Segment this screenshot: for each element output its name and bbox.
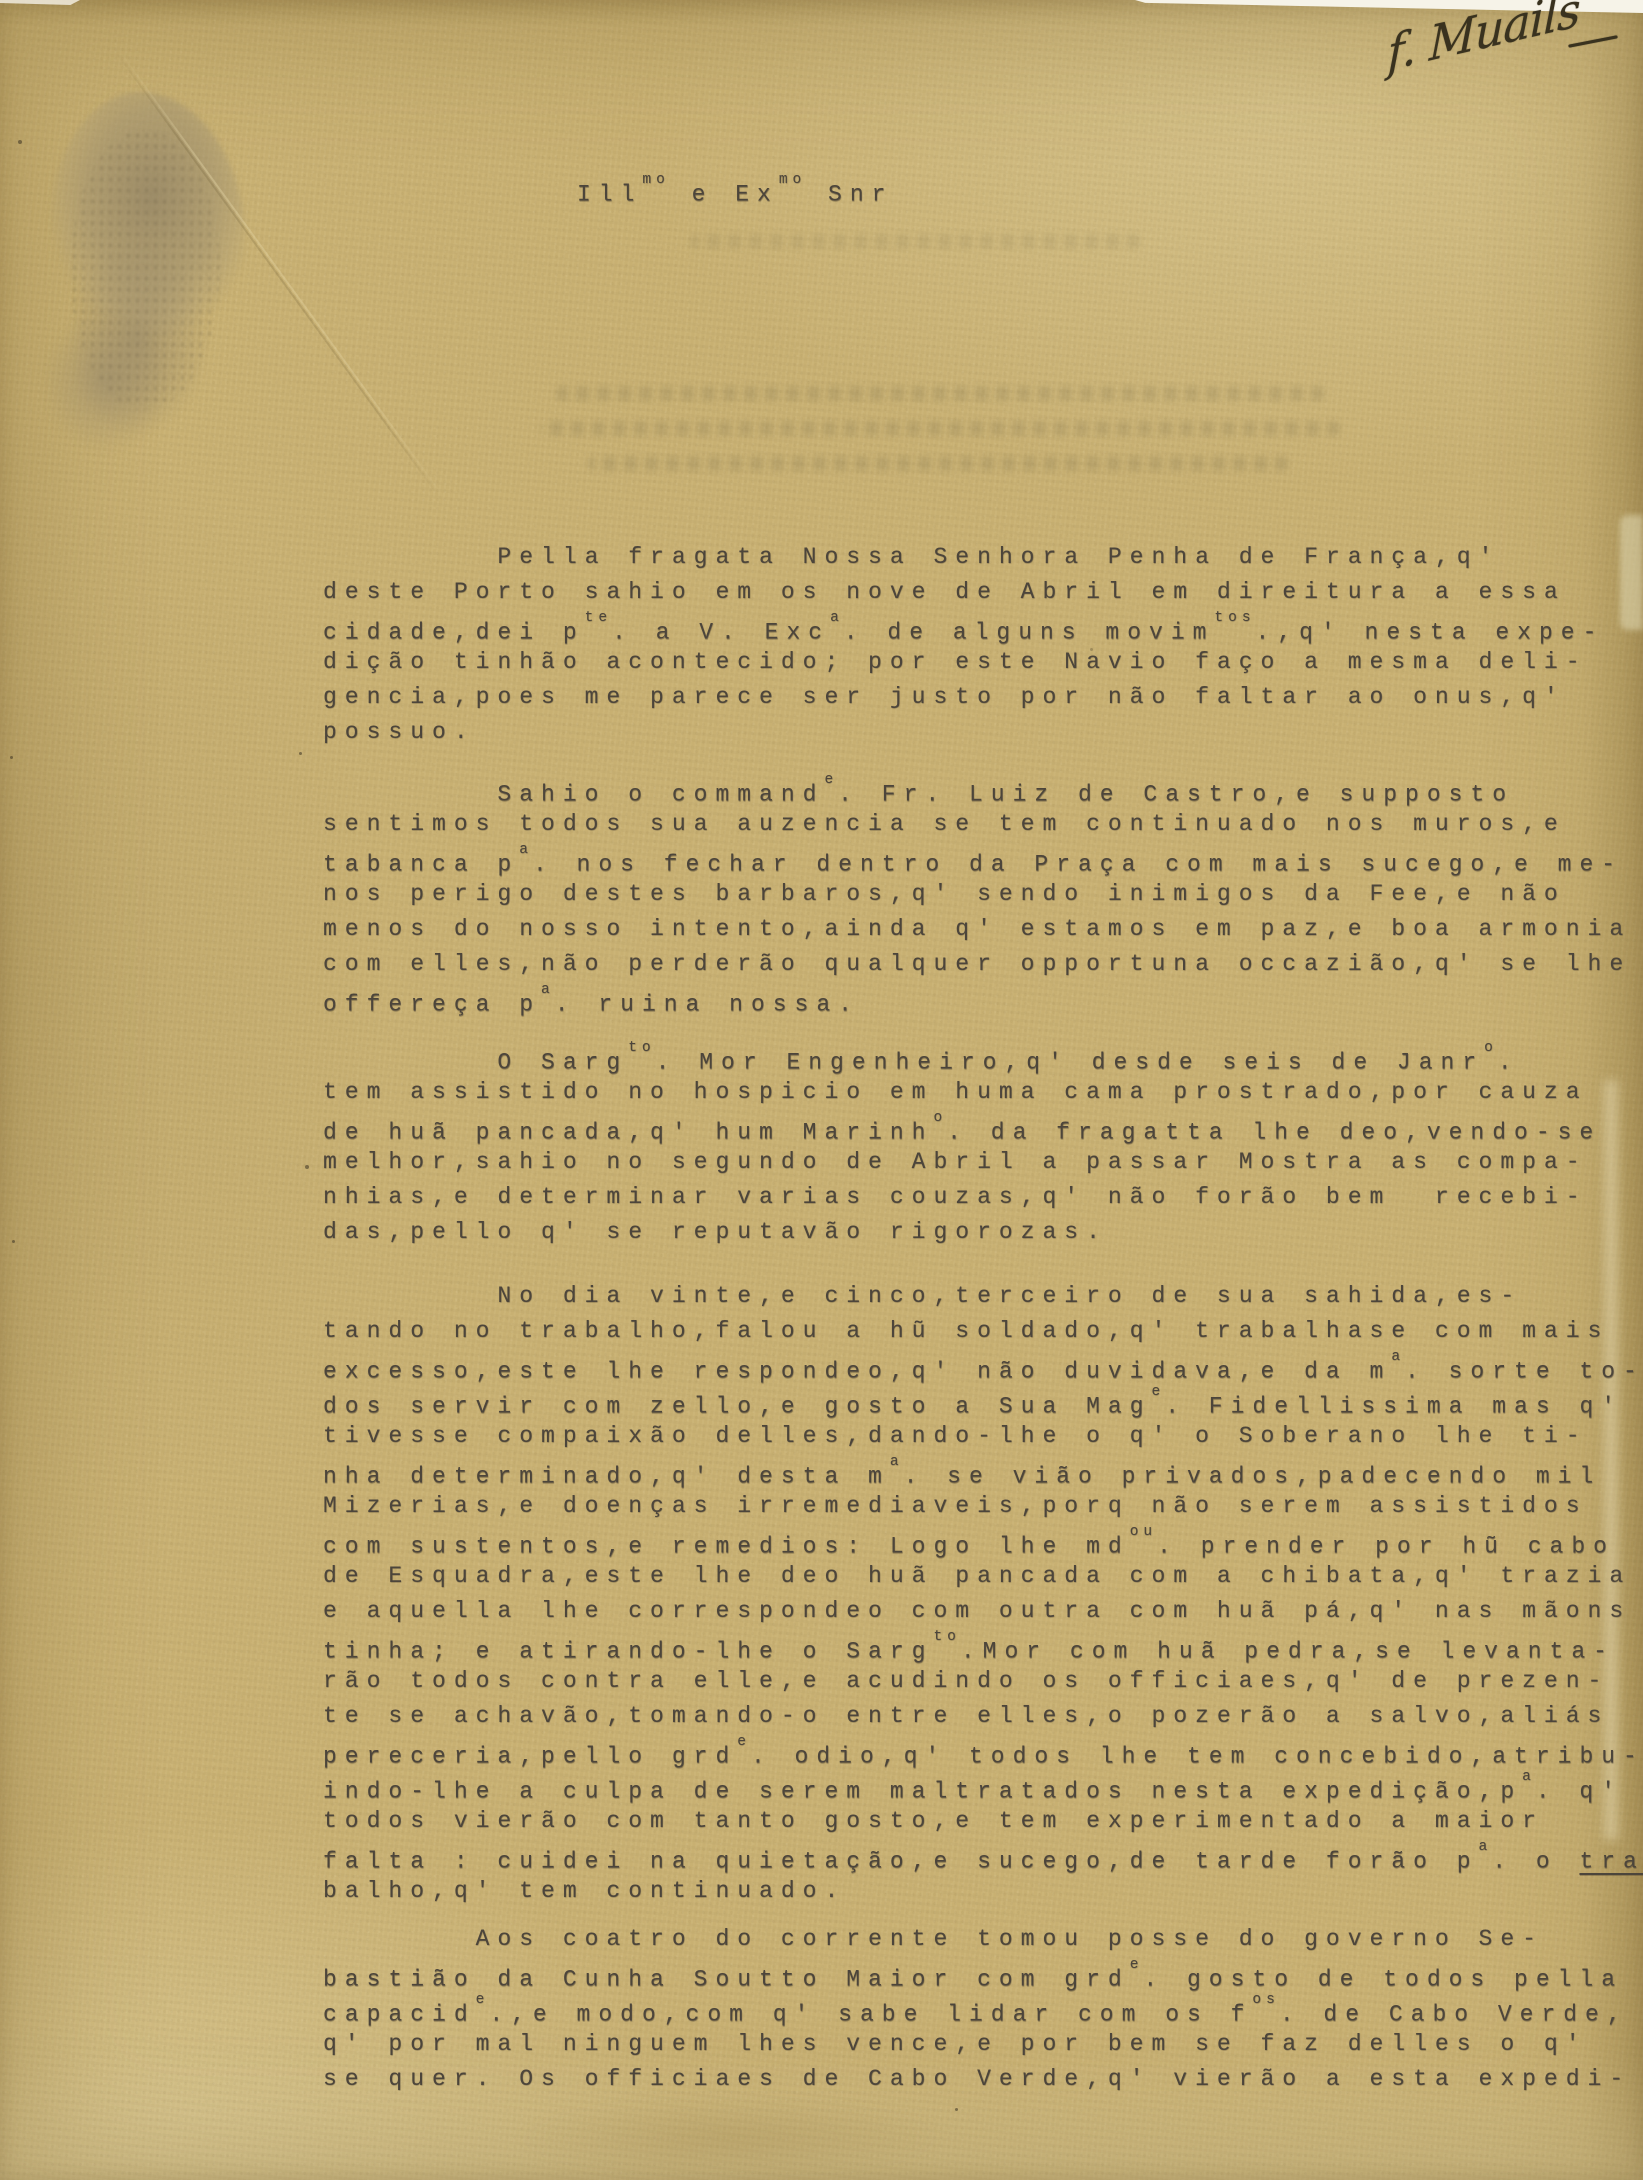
handwritten-annotation: f. Muails [1387,0,1641,83]
text-line: excesso,este lhe respondeo,q' não duvida… [323,1349,1643,1384]
text-line: q' por mal ninguem lhes vence,e por bem … [323,2027,1631,2062]
text-line: nhias,e determinar varias couzas,q' não … [323,1180,1601,1215]
text-line: Pella fragata Nossa Senhora Penha de Fra… [323,540,1604,575]
text-line: offereça pa. ruina nossa. [323,982,1631,1017]
text-line: de Esquadra,este lhe deo huã pancada com… [323,1559,1643,1594]
letter-salutation: Illmo e Exmo Snr [577,172,893,213]
text-line: tinha; e atirando-lhe o Sargto.Mor com h… [323,1629,1643,1664]
text-line: deste Porto sahio em os nove de Abril em… [323,575,1604,610]
text-line: O Sargto. Mor Engenheiro,q' desde seis d… [323,1040,1601,1075]
paragraph: No dia vinte,e cinco,terceiro de sua sah… [323,1279,1643,1909]
text-line: das,pello q' se reputavão rigorozas. [323,1215,1601,1250]
bleed-through-line [588,456,1288,471]
text-line: nha determinado,q' desta ma. se vião pri… [323,1454,1643,1489]
paper-speck [305,1165,309,1169]
text-line: tabanca pa. nos fechar dentro da Praça c… [323,842,1631,877]
text-line: gencia,poes me parece ser justo por não … [323,680,1604,715]
text-line: sentimos todos sua auzencia se tem conti… [323,807,1631,842]
text-line: Mizerias,e doenças irremediaveis,porq nã… [323,1489,1643,1524]
text-line: falta : cuidei na quietação,e sucego,de … [323,1839,1643,1874]
text-line: Aos coatro do corrente tomou posse do go… [323,1922,1631,1957]
paper-speck [955,2108,958,2111]
text-line: possuo. [323,715,1604,750]
document-page: f. Muails Illmo e Exmo Snr Pella fragata… [0,0,1643,2180]
text-line: com sustentos,e remedios: Logo lhe mdou.… [323,1524,1643,1559]
paper-stain-texture [70,130,220,410]
bleed-through-line [690,234,1140,249]
text-line: capacide.,e modo,com q' sabe lidar com o… [323,1992,1631,2027]
text-line: rão todos contra elle,e acudindo os offi… [323,1664,1643,1699]
scan-edge-sliver-left [0,0,80,5]
text-line: tando no trabalho,falou a hũ soldado,q' … [323,1314,1643,1349]
text-line: Sahio o commande. Fr. Luiz de Castro,e s… [323,772,1631,807]
paper-speck [18,140,22,144]
text-line: e aquella lhe correspondeo com outra com… [323,1594,1643,1629]
paper-edge-notch [1620,515,1643,630]
text-line: balho,q' tem continuado. [323,1874,1643,1909]
text-line: todos vierão com tanto gosto,e tem exper… [323,1804,1643,1839]
paper-mottle-bottom [520,2090,940,2170]
text-line: dos servir com zello,e gosto a Sua Mage.… [323,1384,1643,1419]
paragraph: O Sargto. Mor Engenheiro,q' desde seis d… [323,1040,1601,1250]
text-line: cidade,dei pte. a V. Exca. de alguns mov… [323,610,1604,645]
text-line: se quer. Os officiaes de Cabo Verde,q' v… [323,2062,1631,2097]
text-line: dição tinhão acontecido; por este Navio … [323,645,1604,680]
paper-speck [10,756,13,759]
text-line: pereceria,pello grde. odio,q' todos lhe … [323,1734,1643,1769]
text-line: tivesse compaixão delles,dando-lhe o q' … [323,1419,1643,1454]
text-line: te se achavão,tomando-o entre elles,o po… [323,1699,1643,1734]
text-line: bastião da Cunha Soutto Maior com grde. … [323,1957,1631,1992]
bleed-through-line [540,421,1340,436]
text-line: tem assistido no hospicio em huma cama p… [323,1075,1601,1110]
text-line: de huã pancada,q' hum Marinho. da fragat… [323,1110,1601,1145]
text-line: indo-lhe a culpa de serem maltratados ne… [323,1769,1643,1804]
paper-speck [299,752,302,755]
text-line: menos do nosso intento,ainda q' estamos … [323,912,1631,947]
paragraph: Pella fragata Nossa Senhora Penha de Fra… [323,540,1604,750]
paper-speck [12,1240,15,1243]
text-line: com elles,não perderão qualquer opportun… [323,947,1631,982]
bleed-through-line [556,386,1324,401]
text-line: nos perigo destes barbaros,q' sendo inim… [323,877,1631,912]
paragraph: Aos coatro do corrente tomou posse do go… [323,1922,1631,2097]
text-line: melhor,sahio no segundo de Abril a passa… [323,1145,1601,1180]
paragraph: Sahio o commande. Fr. Luiz de Castro,e s… [323,772,1631,1017]
text-line: No dia vinte,e cinco,terceiro de sua sah… [323,1279,1643,1314]
